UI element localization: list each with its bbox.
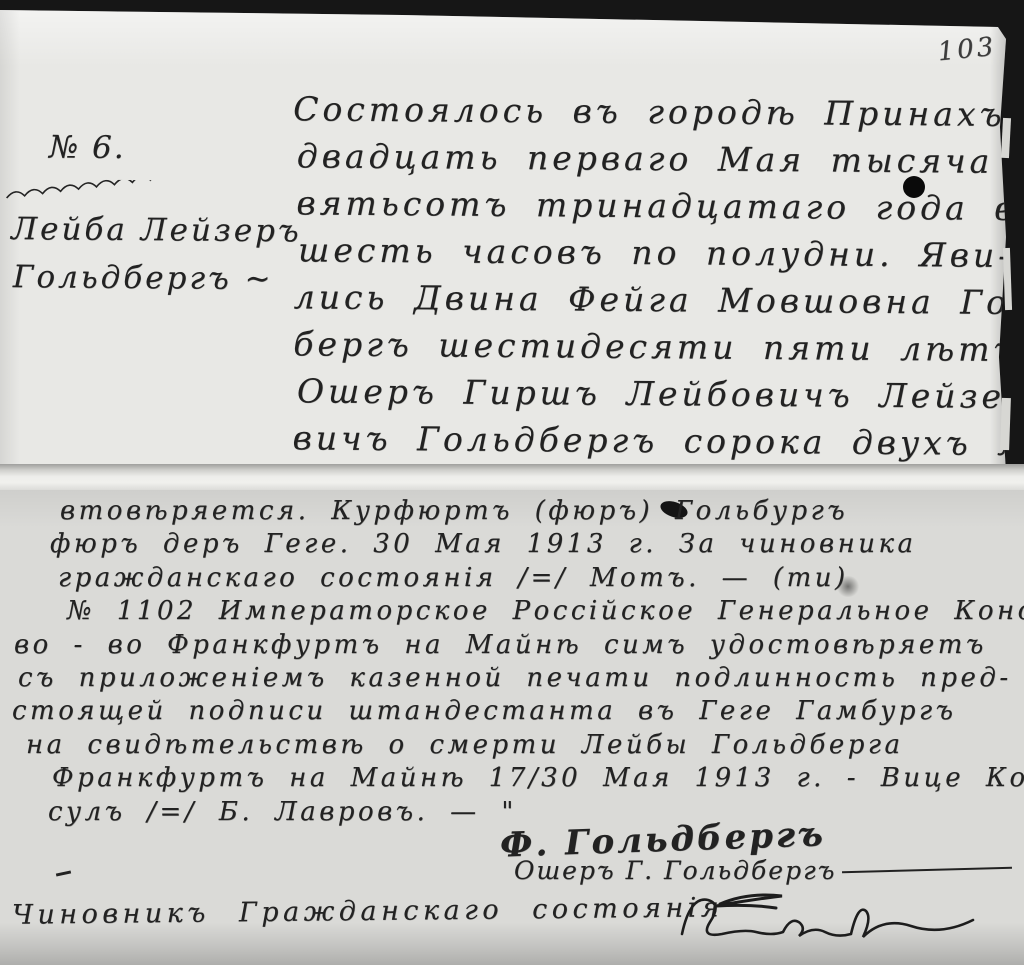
certification-page: втовѣряется. Курфюртъ (фюръ) Гольбургъ ф… — [0, 490, 1024, 965]
certification-line: на свидѣтельствѣ о смерти Лейбы Гольдбер… — [26, 729, 1020, 762]
certification-line: стоящей подписи штандестанта въ Геге Гам… — [12, 695, 1020, 728]
record-body-line: бергъ шестидесяти пяти лѣтъ и — [293, 320, 1017, 373]
certification-line: втовѣряется. Курфюртъ (фюръ) Гольбургъ — [60, 495, 1020, 528]
deceased-name-line: Гольдбергъ ~ — [13, 259, 274, 297]
certification-line: Франкфуртъ на Майнѣ 17/30 Мая 1913 г. - … — [52, 762, 1020, 795]
record-body-line: Ошеръ Гиршъ Лейбовичъ Лейзеро- — [297, 367, 1017, 420]
page-number: 103 — [936, 32, 997, 68]
record-number: № 6. — [49, 129, 126, 166]
official-signature-flourish — [668, 872, 1013, 954]
record-body-line: Состоялось въ городѣ Принахъ — [293, 85, 1019, 138]
certification-line: № 1102 Императорское Россійское Генераль… — [67, 595, 1020, 628]
scanned-document: 103 № 6. Лейба Лейзеръ Гольдбергъ ~ Сост… — [0, 0, 1024, 965]
certification-line: гражданскаго состоянія /=/ Мотъ. — (ти) — [58, 562, 1020, 595]
paper-tear — [1000, 398, 1011, 450]
record-body-line: лись Двина Фейга Мовшовна Гольд- — [294, 273, 1018, 326]
deceased-name-line: Лейба Лейзеръ — [11, 211, 302, 249]
official-title: Чиновникъ Гражданскаго состоянія — [12, 892, 723, 930]
paper-tear — [1001, 118, 1011, 158]
wavy-underline — [4, 179, 294, 203]
record-page: 103 № 6. Лейба Лейзеръ Гольдбергъ ~ Сост… — [0, 7, 1006, 472]
hole-punch — [903, 176, 925, 198]
certification-line: съ приложеніемъ казенной печати подлинно… — [18, 662, 1020, 695]
certification-line: фюръ деръ Геге. 30 Мая 1913 г. За чиновн… — [50, 528, 1020, 561]
record-body-line: шесть часовъ по полудни. Яви- — [298, 226, 1018, 279]
certification-line: во - во Франкфуртъ на Майнѣ симъ удостов… — [14, 629, 1020, 662]
certification-body: втовѣряется. Курфюртъ (фюръ) Гольбургъ ф… — [12, 495, 1020, 829]
paper-tear — [1003, 248, 1012, 310]
record-body: Состоялось въ городѣ Принахъ двадцать пе… — [286, 85, 1019, 467]
stray-pen-mark — [56, 870, 71, 876]
record-body-line: вичъ Гольдбергъ сорока двухъ лѣтъ — [292, 414, 1016, 467]
